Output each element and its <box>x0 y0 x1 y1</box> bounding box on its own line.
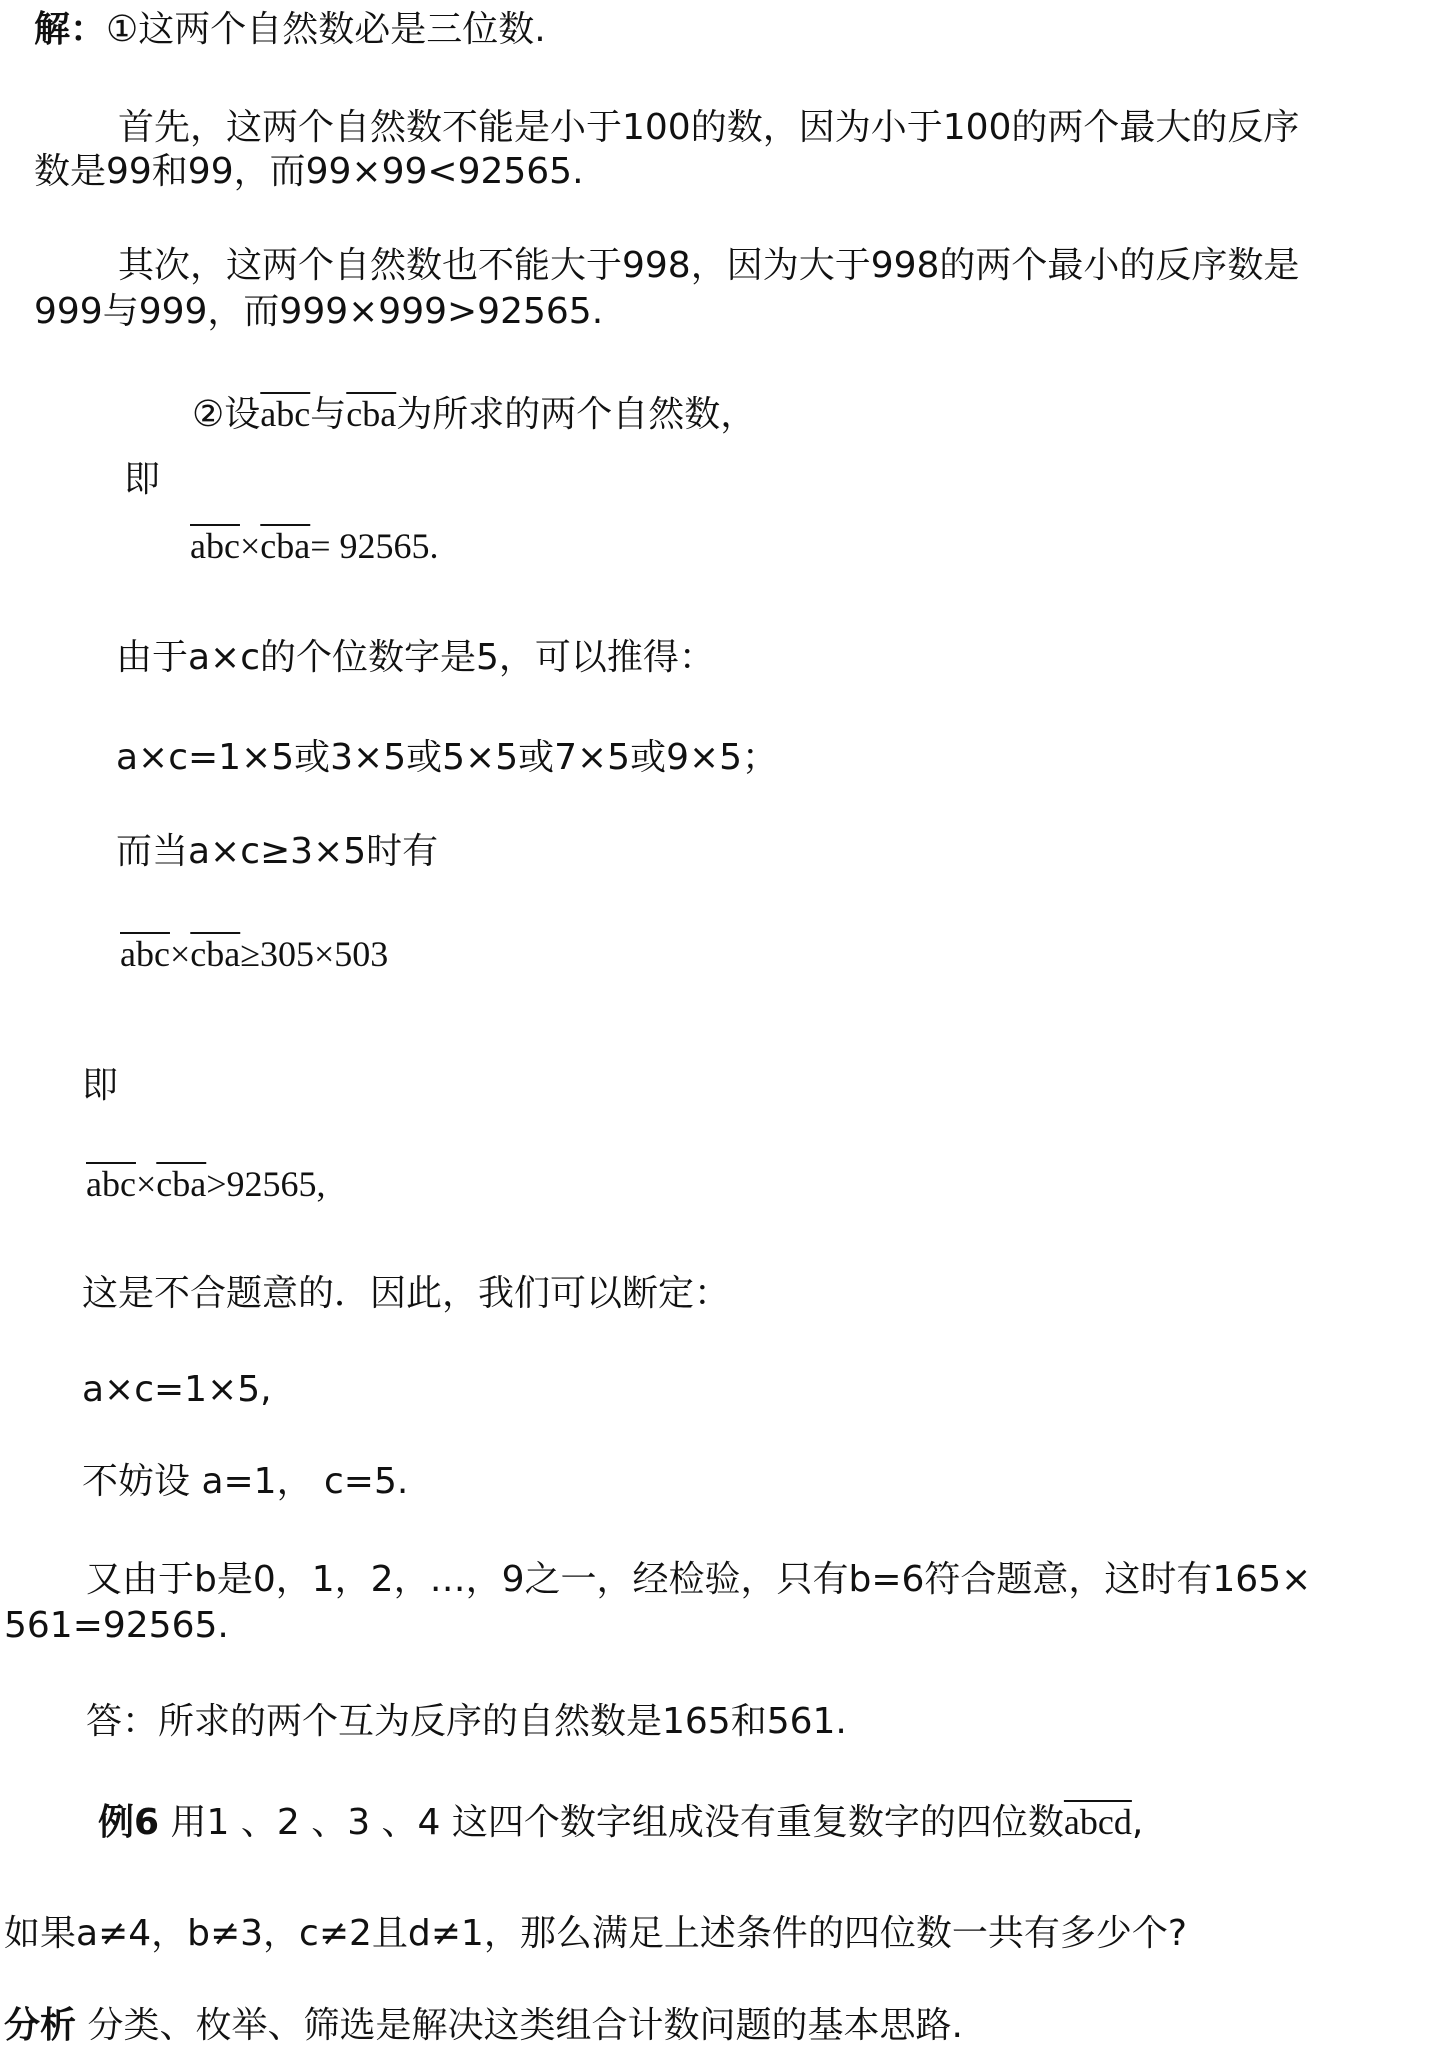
inequality-exceeds: abc×cba>92565, <box>86 1162 326 1206</box>
conclusion-line: a×c=1×5, <box>82 1368 272 1412</box>
check-line-1: 又由于b是0，1，2，…，9之一，经检验，只有b=6符合题意，这时有165× <box>86 1558 1311 1602</box>
example-6-line-1: 例6 用1 、2 、3 、4 这四个数字组成没有重复数字的四位数abcd, <box>98 1800 1143 1845</box>
ineq2-rest: >92565, <box>206 1164 325 1204</box>
options-line: a×c=1×5或3×5或5×5或7×5或9×5； <box>116 736 778 780</box>
ji-label-1: 即 <box>124 458 160 502</box>
ji-label-2: 即 <box>82 1064 118 1108</box>
example-6-line-2: 如果a≠4，b≠3，c≠2且d≠1，那么满足上述条件的四位数一共有多少个? <box>4 1912 1187 1956</box>
solution-label: 解： <box>34 9 106 50</box>
equation-product: abc×cba= 92565. <box>190 524 439 568</box>
ineq2-cba: cba <box>156 1164 206 1204</box>
analysis-line: 分析 分类、枚举、筛选是解决这类组合计数问题的基本思路. <box>4 2004 963 2048</box>
example-6-label: 例6 <box>98 1802 159 1843</box>
para-second-line-2: 999与999，而999×999>92565. <box>34 290 603 334</box>
assume-line: 不妨设 a=1， c=5. <box>82 1460 408 1504</box>
para-first-line-2: 数是99和99，而99×99<92565. <box>34 150 584 194</box>
number-abc: abc <box>260 394 310 434</box>
inequality-lower-bound: abc×cba≥305×503 <box>120 932 388 976</box>
para-first-line-1: 首先，这两个自然数不能是小于100的数，因为小于100的两个最大的反序 <box>118 106 1299 150</box>
deduce-line: 由于a×c的个位数字是5，可以推得： <box>116 636 715 680</box>
check-line-2: 561=92565. <box>4 1604 229 1648</box>
eq-abc: abc <box>190 526 240 566</box>
solution-step-2: ②设abc与cba为所求的两个自然数， <box>192 392 756 437</box>
eq-times: × <box>240 526 260 566</box>
answer-line: 答：所求的两个互为反序的自然数是165和561. <box>86 1700 847 1744</box>
step-2-suffix: 为所求的两个自然数， <box>396 394 756 435</box>
example-6-text-prefix: 用1 、2 、3 、4 这四个数字组成没有重复数字的四位数 <box>159 1802 1064 1843</box>
number-abcd: abcd <box>1064 1802 1132 1842</box>
step-1-text: ①这两个自然数必是三位数. <box>106 9 546 50</box>
ineq1-abc: abc <box>120 934 170 974</box>
step-2-mid: 与 <box>310 394 346 435</box>
when-line: 而当a×c≥3×5时有 <box>116 830 438 874</box>
contradiction-line: 这是不合题意的．因此，我们可以断定： <box>82 1272 730 1316</box>
ineq1-rest: ≥305×503 <box>240 934 388 974</box>
ineq2-abc: abc <box>86 1164 136 1204</box>
analysis-label: 分析 <box>4 2005 76 2046</box>
ineq2-times: × <box>136 1164 156 1204</box>
solution-step-1: 解：①这两个自然数必是三位数. <box>34 8 546 52</box>
step-2-prefix: ②设 <box>192 394 260 435</box>
number-cba: cba <box>346 394 396 434</box>
example-6-text-suffix: , <box>1132 1802 1143 1843</box>
analysis-text: 分类、枚举、筛选是解决这类组合计数问题的基本思路. <box>76 2005 963 2046</box>
ineq1-times: × <box>170 934 190 974</box>
para-second-line-1: 其次，这两个自然数也不能大于998，因为大于998的两个最小的反序数是 <box>118 244 1299 288</box>
ineq1-cba: cba <box>190 934 240 974</box>
eq-rest: = 92565. <box>310 526 438 566</box>
eq-cba: cba <box>260 526 310 566</box>
